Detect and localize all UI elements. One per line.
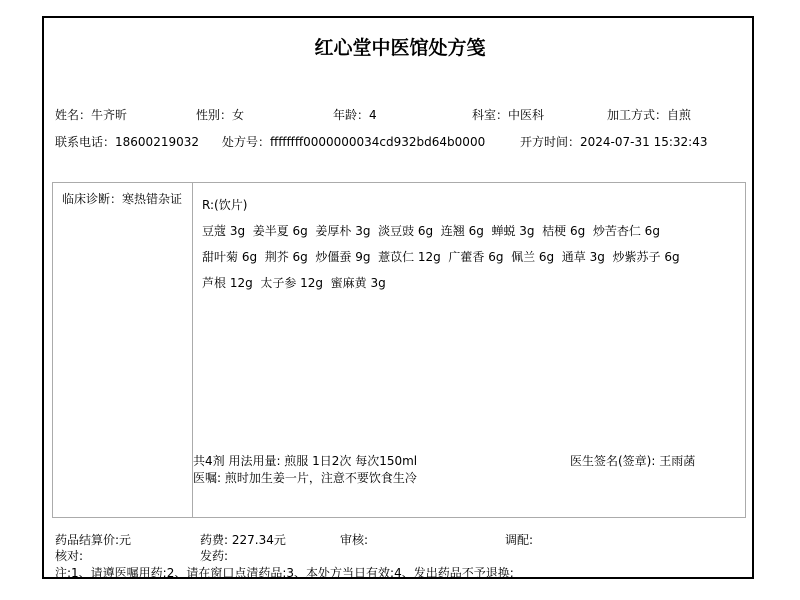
- processing-method: 加工方式：自煎: [607, 106, 691, 123]
- dosage-line: 共4剂 用法用量: 煎服 1日2次 每次150ml: [193, 452, 417, 469]
- page-title: 红心堂中医馆处方笺: [0, 33, 800, 60]
- notes-line: 注:1、请遵医嘱用药;2、请在窗口点清药品;3、本处方当日有效;4、发出药品不予…: [55, 564, 514, 581]
- prepare-field: 调配:: [505, 531, 533, 548]
- patient-gender-label: 性别：: [196, 108, 232, 122]
- prescription-number-label: 处方号：: [222, 135, 270, 149]
- contact-phone-label: 联系电话：: [55, 135, 115, 149]
- processing-method-label: 加工方式：: [607, 108, 667, 122]
- herb-line: 芦根 12g 太子参 12g 蜜麻黄 3g: [202, 274, 386, 291]
- dispense-field: 发药:: [200, 547, 228, 564]
- check-field: 核对:: [55, 547, 83, 564]
- settle-price-field: 药品结算价:元: [55, 531, 131, 548]
- department: 科室：中医科: [472, 106, 544, 123]
- patient-name-value: 牛齐昕: [91, 108, 127, 122]
- doctor-signature-label: 医生签名(签章):: [570, 454, 659, 468]
- prescription-time-value: 2024-07-31 15:32:43: [580, 135, 707, 149]
- patient-gender: 性别：女: [196, 106, 244, 123]
- rx-header: R:(饮片): [202, 196, 247, 213]
- patient-name: 姓名：牛齐昕: [55, 106, 127, 123]
- clinical-diagnosis-label: 临床诊断：: [62, 192, 122, 206]
- doctor-advice-line: 医嘱: 煎时加生姜一片，注意不要饮食生冷: [193, 469, 417, 486]
- patient-gender-value: 女: [232, 108, 244, 122]
- herb-line: 豆蔻 3g 姜半夏 6g 姜厚朴 3g 淡豆豉 6g 连翘 6g 蝉蜕 3g 桔…: [202, 222, 660, 239]
- department-label: 科室：: [472, 108, 508, 122]
- doctor-signature: 医生签名(签章): 王雨菡: [570, 452, 695, 469]
- patient-age-label: 年龄：: [333, 108, 369, 122]
- prescription-time-label: 开方时间：: [520, 135, 580, 149]
- prescription-number: 处方号：ffffffff0000000034cd932bd64b0000: [222, 133, 485, 150]
- patient-age: 年龄：4: [333, 106, 377, 123]
- processing-method-value: 自煎: [667, 108, 691, 122]
- herb-line: 甜叶菊 6g 荆芥 6g 炒僵蚕 9g 薏苡仁 12g 广藿香 6g 佩兰 6g…: [202, 248, 680, 265]
- prescription-page: 红心堂中医馆处方笺 姓名：牛齐昕 性别：女 年龄：4 科室：中医科 加工方式：自…: [0, 0, 800, 600]
- doctor-signature-value: 王雨菡: [659, 454, 695, 468]
- patient-age-value: 4: [369, 108, 377, 122]
- prescription-time: 开方时间：2024-07-31 15:32:43: [520, 133, 707, 150]
- department-value: 中医科: [508, 108, 544, 122]
- medicine-fee-field: 药费: 227.34元: [200, 531, 286, 548]
- clinical-diagnosis-value: 寒热错杂证: [122, 192, 182, 206]
- review-field: 审核:: [340, 531, 368, 548]
- prescription-number-value: ffffffff0000000034cd932bd64b0000: [270, 135, 485, 149]
- patient-name-label: 姓名：: [55, 108, 91, 122]
- contact-phone: 联系电话：18600219032: [55, 133, 199, 150]
- contact-phone-value: 18600219032: [115, 135, 199, 149]
- clinical-diagnosis: 临床诊断：寒热错杂证: [62, 190, 182, 207]
